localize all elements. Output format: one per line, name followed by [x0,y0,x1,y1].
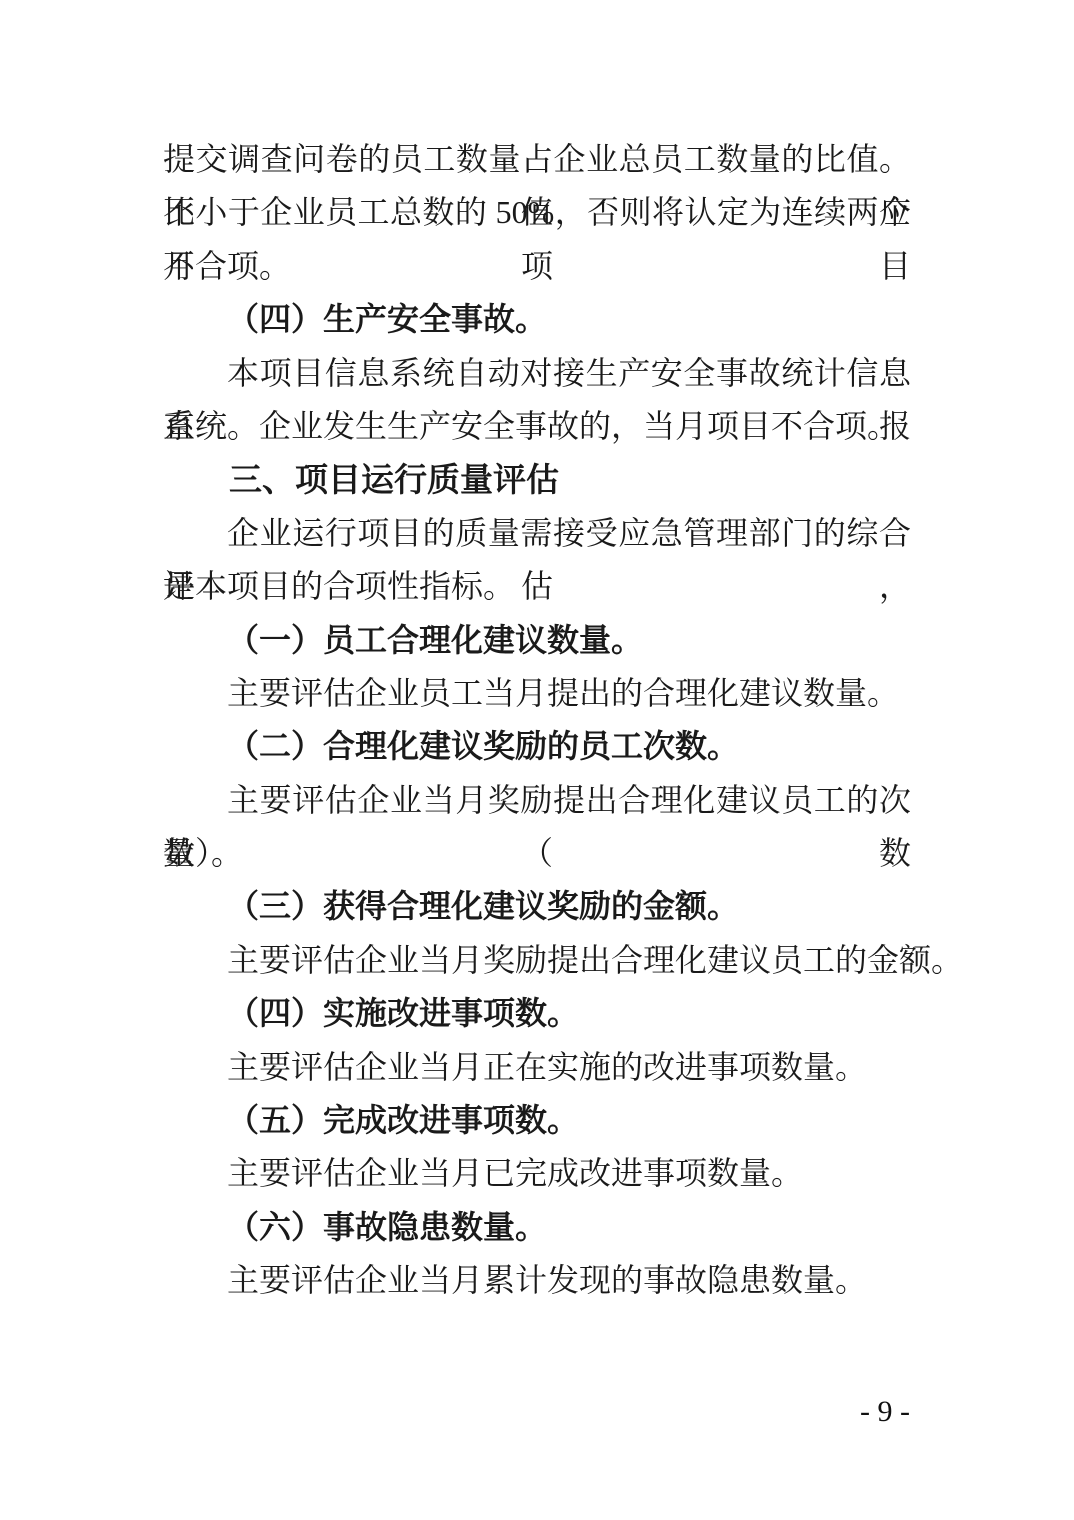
body-line: 主要评估企业当月奖励提出合理化建议员工的次数（数 [163,774,911,827]
document-body: 提交调查问卷的员工数量占企业总员工数量的比值。比值应 不小于企业员工总数的 50… [163,133,911,1308]
page-number: - 9 - [860,1390,910,1434]
heading-4-production-safety-accidents: （四）生产安全事故。 [163,293,911,346]
body-line: 主要评估企业当月奖励提出合理化建议员工的金额。 [163,934,911,987]
body-line: 提交调查问卷的员工数量占企业总员工数量的比值。比值应 [163,133,911,186]
section-heading-3-project-quality-evaluation: 三、项目运行质量评估 [163,453,911,506]
body-line: 本项目信息系统自动对接生产安全事故统计信息直报 [163,347,911,400]
body-line: 主要评估企业员工当月提出的合理化建议数量。 [163,667,911,720]
body-line: 主要评估企业当月累计发现的事故隐患数量。 [163,1254,911,1307]
document-page: 提交调查问卷的员工数量占企业总员工数量的比值。比值应 不小于企业员工总数的 50… [0,0,1074,1520]
body-line: 企业运行项目的质量需接受应急管理部门的综合评估， [163,507,911,560]
body-line: 系统。企业发生生产安全事故的，当月项目不合项。 [163,400,911,453]
heading-6-hazards-count: （六）事故隐患数量。 [163,1201,911,1254]
body-line: 主要评估企业当月已完成改进事项数量。 [163,1147,911,1200]
heading-4-improvements-in-progress: （四）实施改进事项数。 [163,987,911,1040]
heading-2-rewarded-employee-times: （二）合理化建议奖励的员工次数。 [163,720,911,773]
body-line: 不小于企业员工总数的 50%，否则将认定为连续两个月项目 [163,186,911,239]
heading-3-reward-amount: （三）获得合理化建议奖励的金额。 [163,880,911,933]
heading-5-improvements-completed: （五）完成改进事项数。 [163,1094,911,1147]
heading-1-rationalization-suggestions-count: （一）员工合理化建议数量。 [163,614,911,667]
body-line: 主要评估企业当月正在实施的改进事项数量。 [163,1041,911,1094]
